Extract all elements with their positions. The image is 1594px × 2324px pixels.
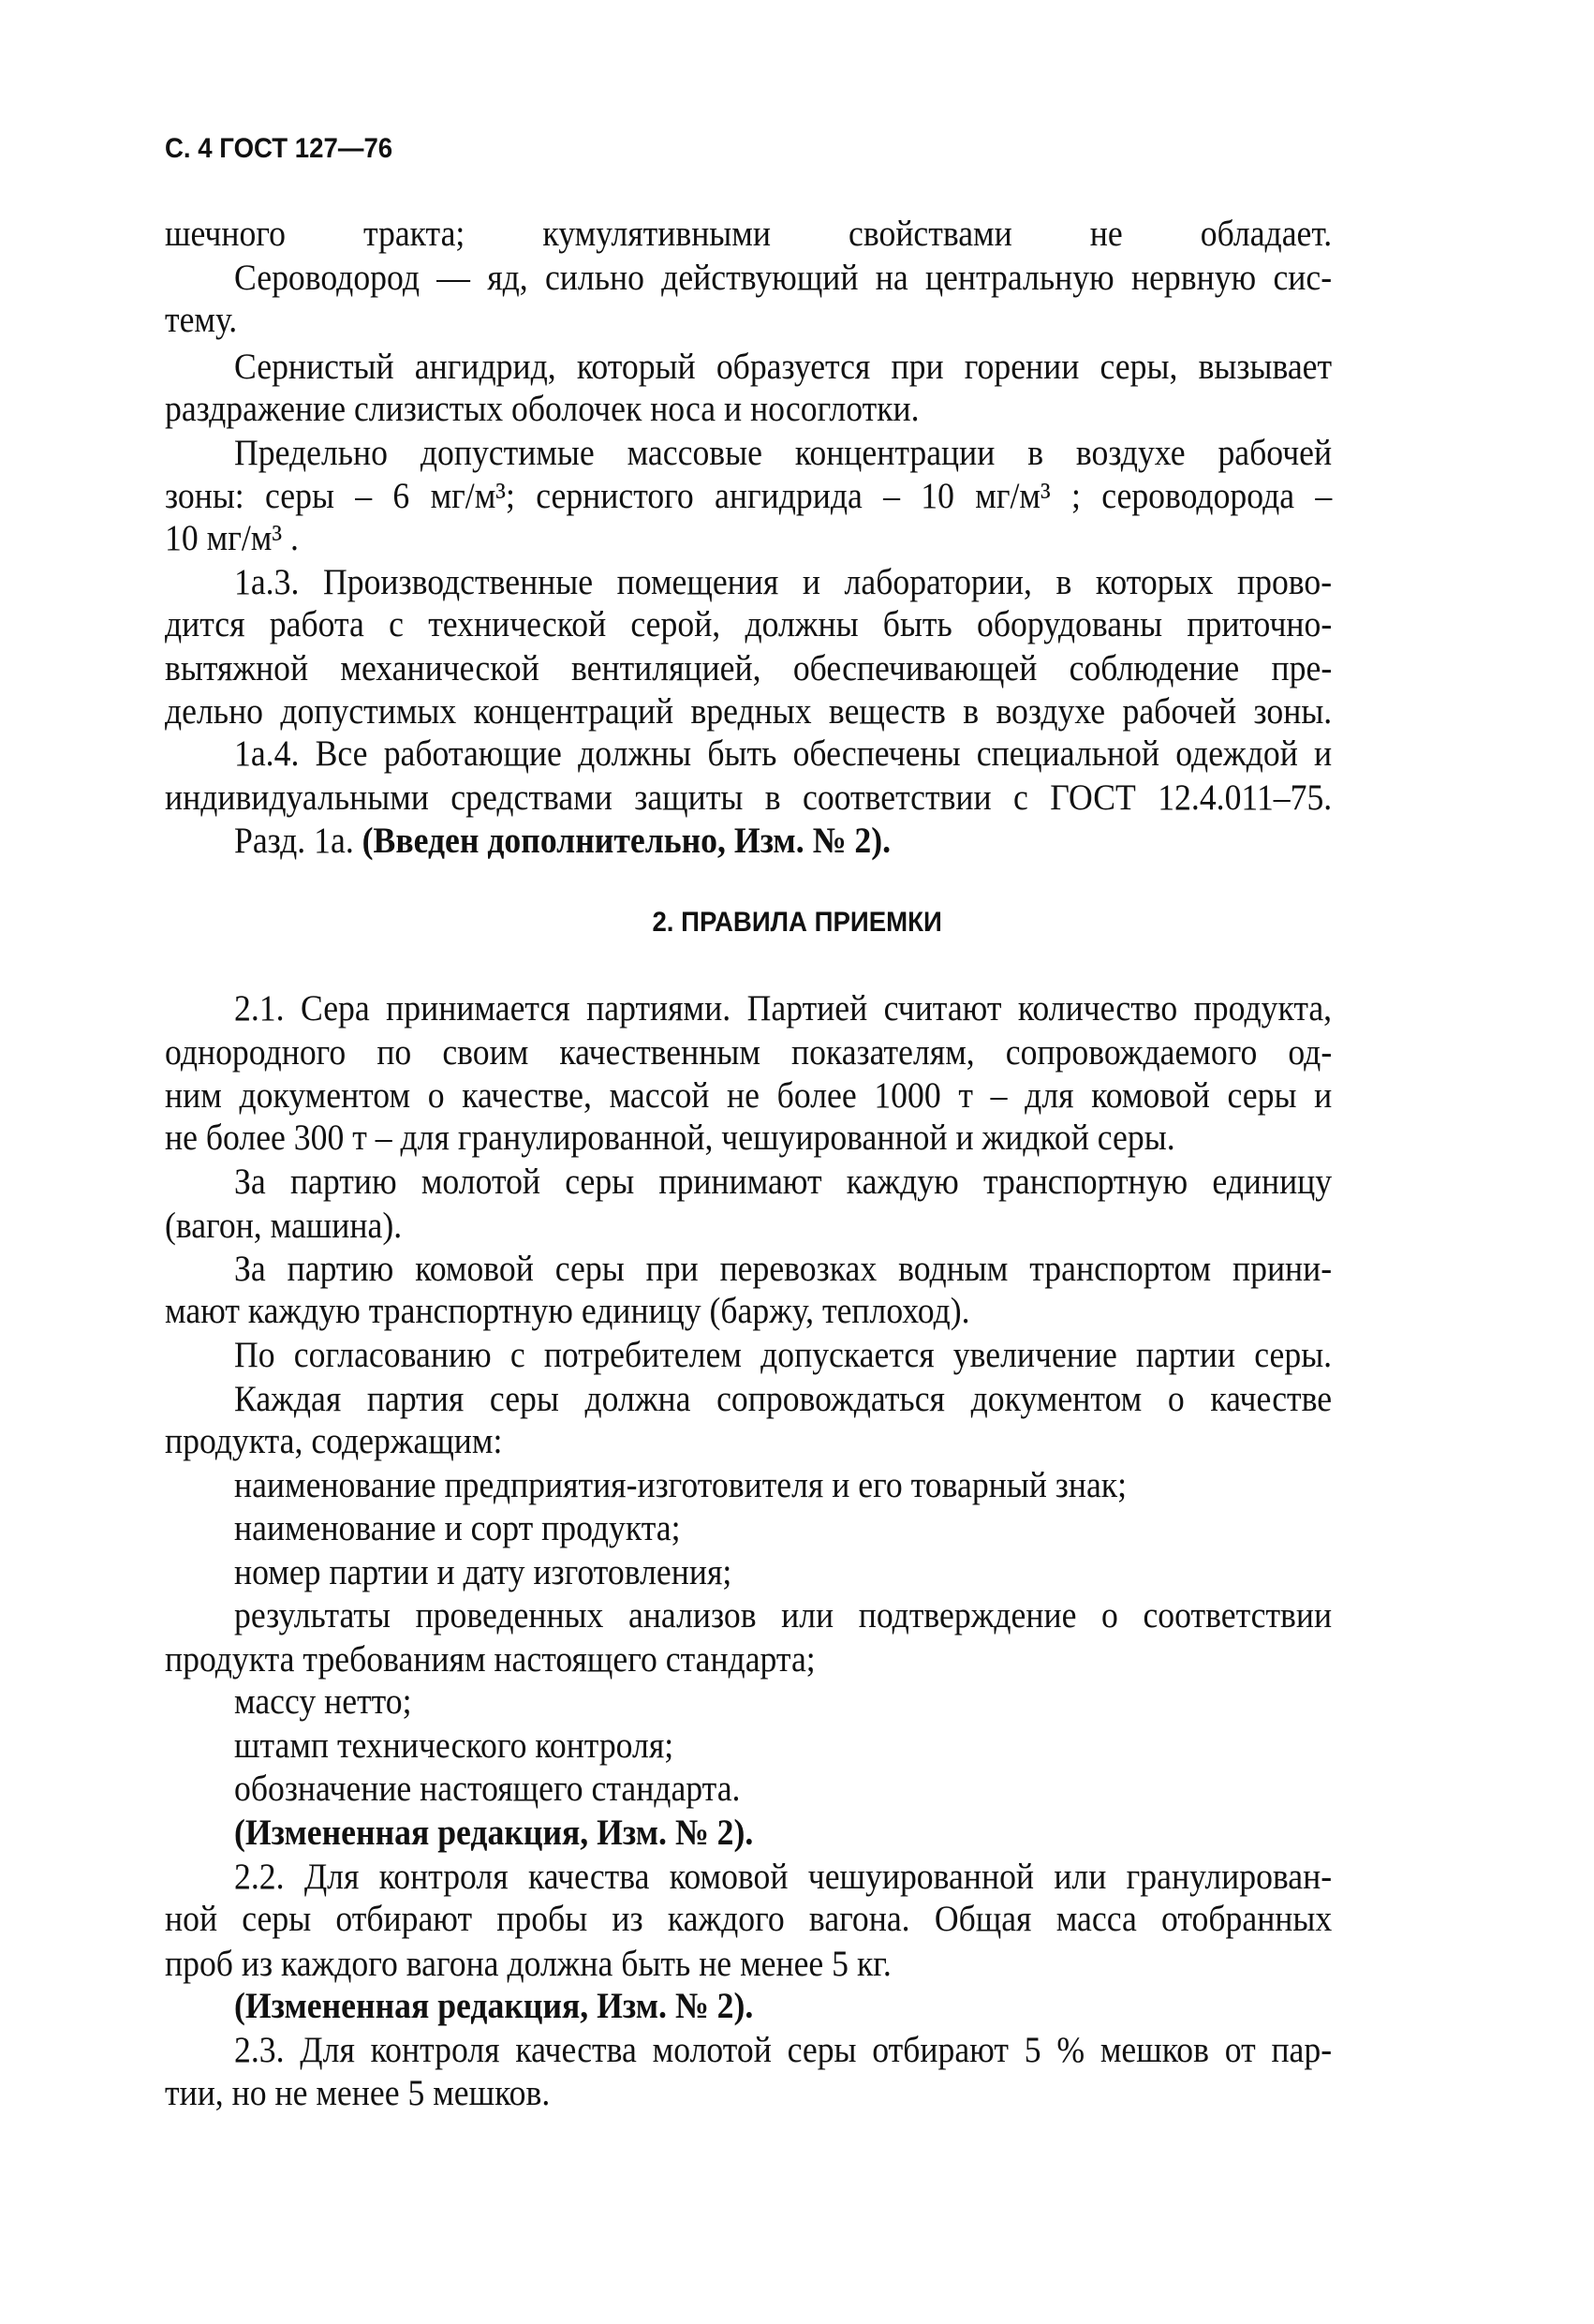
note-bold: (Измененная редакция, Изм. № 2). (234, 1986, 753, 2026)
amendment-note: (Измененная редакция, Изм. № 2). (234, 1986, 1332, 2027)
paragraph-line: (вагон, машина). (165, 1206, 1332, 1247)
paragraph-line: Предельно допустимые массовые концентрац… (234, 433, 1332, 474)
paragraph-line: 1а.3. Производственные помещения и лабор… (234, 562, 1332, 603)
list-item: обозначение настоящего стандарта. (234, 1769, 1332, 1810)
paragraph-line: Сернистый ангидрид, который образуется п… (234, 347, 1332, 388)
paragraph-line: 2.3. Для контроля качества молотой серы … (234, 2030, 1332, 2071)
paragraph-line: 10 мг/м³ . (165, 518, 1332, 559)
list-item: наименование и сорт продукта; (234, 1508, 1332, 1549)
paragraph-line: индивидуальными средствами защиты в соот… (165, 777, 1332, 819)
paragraph-line: тему. (165, 300, 1332, 341)
paragraph-line: дельно допустимых концентраций вредных в… (165, 691, 1332, 733)
list-item: номер партии и дату изготовления; (234, 1552, 1332, 1593)
paragraph-line: продукта, содержащим: (165, 1421, 1332, 1462)
paragraph-line: проб из каждого вагона должна быть не ме… (165, 1944, 1332, 1985)
paragraph-line: шечного тракта; кумулятивными свойствами… (165, 214, 1332, 255)
list-item: штамп технического контроля; (234, 1725, 1332, 1767)
list-item: результаты проведенных анализов или подт… (234, 1595, 1332, 1636)
paragraph-line: Сероводород — яд, сильно действующий на … (234, 258, 1332, 299)
paragraph-line: За партию молотой серы принимают каждую … (234, 1162, 1332, 1203)
amendment-note: Разд. 1а. (Введен дополнительно, Изм. № … (234, 821, 1332, 862)
paragraph-line: зоны: серы – 6 мг/м³; сернистого ангидри… (165, 476, 1332, 517)
paragraph-line: ной серы отбирают пробы из каждого вагон… (165, 1899, 1332, 1940)
list-item: массу нетто; (234, 1681, 1332, 1723)
paragraph-line: мают каждую транспортную единицу (баржу,… (165, 1291, 1332, 1332)
note-bold: (Измененная редакция, Изм. № 2). (234, 1813, 753, 1853)
paragraph-line: не более 300 т – для гранулированной, че… (165, 1118, 1332, 1159)
paragraph-line: За партию комовой серы при перевозках во… (234, 1249, 1332, 1290)
list-item: наименование предприятия-изготовителя и … (234, 1465, 1332, 1506)
paragraph-line: Каждая партия серы должна сопровождаться… (234, 1379, 1332, 1420)
paragraph-line: однородного по своим качественным показа… (165, 1032, 1332, 1073)
list-item: продукта требованиям настоящего стандарт… (165, 1639, 1332, 1680)
amendment-note: (Измененная редакция, Изм. № 2). (234, 1813, 1332, 1854)
paragraph-line: тии, но не менее 5 мешков. (165, 2073, 1332, 2114)
section-title-text: 2. ПРАВИЛА ПРИЕМКИ (652, 907, 941, 939)
paragraph-line: дится работа с технической серой, должны… (165, 604, 1332, 645)
paragraph-line: ним документом о качестве, массой не бол… (165, 1075, 1332, 1117)
paragraph-line: вытяжной механической вентиляцией, обесп… (165, 648, 1332, 689)
section-title: 2. ПРАВИЛА ПРИЕМКИ (0, 907, 1594, 939)
paragraph-line: 2.1. Сера принимается партиями. Партией … (234, 988, 1332, 1029)
note-bold: (Введен дополнительно, Изм. № 2). (362, 821, 891, 861)
running-head: С. 4 ГОСТ 127—76 (165, 133, 392, 165)
document-page: С. 4 ГОСТ 127—76 шечного тракта; кумулят… (0, 0, 1594, 2324)
paragraph-line: 1а.4. Все работающие должны быть обеспеч… (234, 733, 1332, 775)
paragraph-line: По согласованию с потребителем допускает… (234, 1335, 1332, 1376)
note-prefix: Разд. 1а. (234, 821, 354, 861)
paragraph-line: 2.2. Для контроля качества комовой чешуи… (234, 1857, 1332, 1898)
paragraph-line: раздражение слизистых оболочек носа и но… (165, 389, 1332, 430)
